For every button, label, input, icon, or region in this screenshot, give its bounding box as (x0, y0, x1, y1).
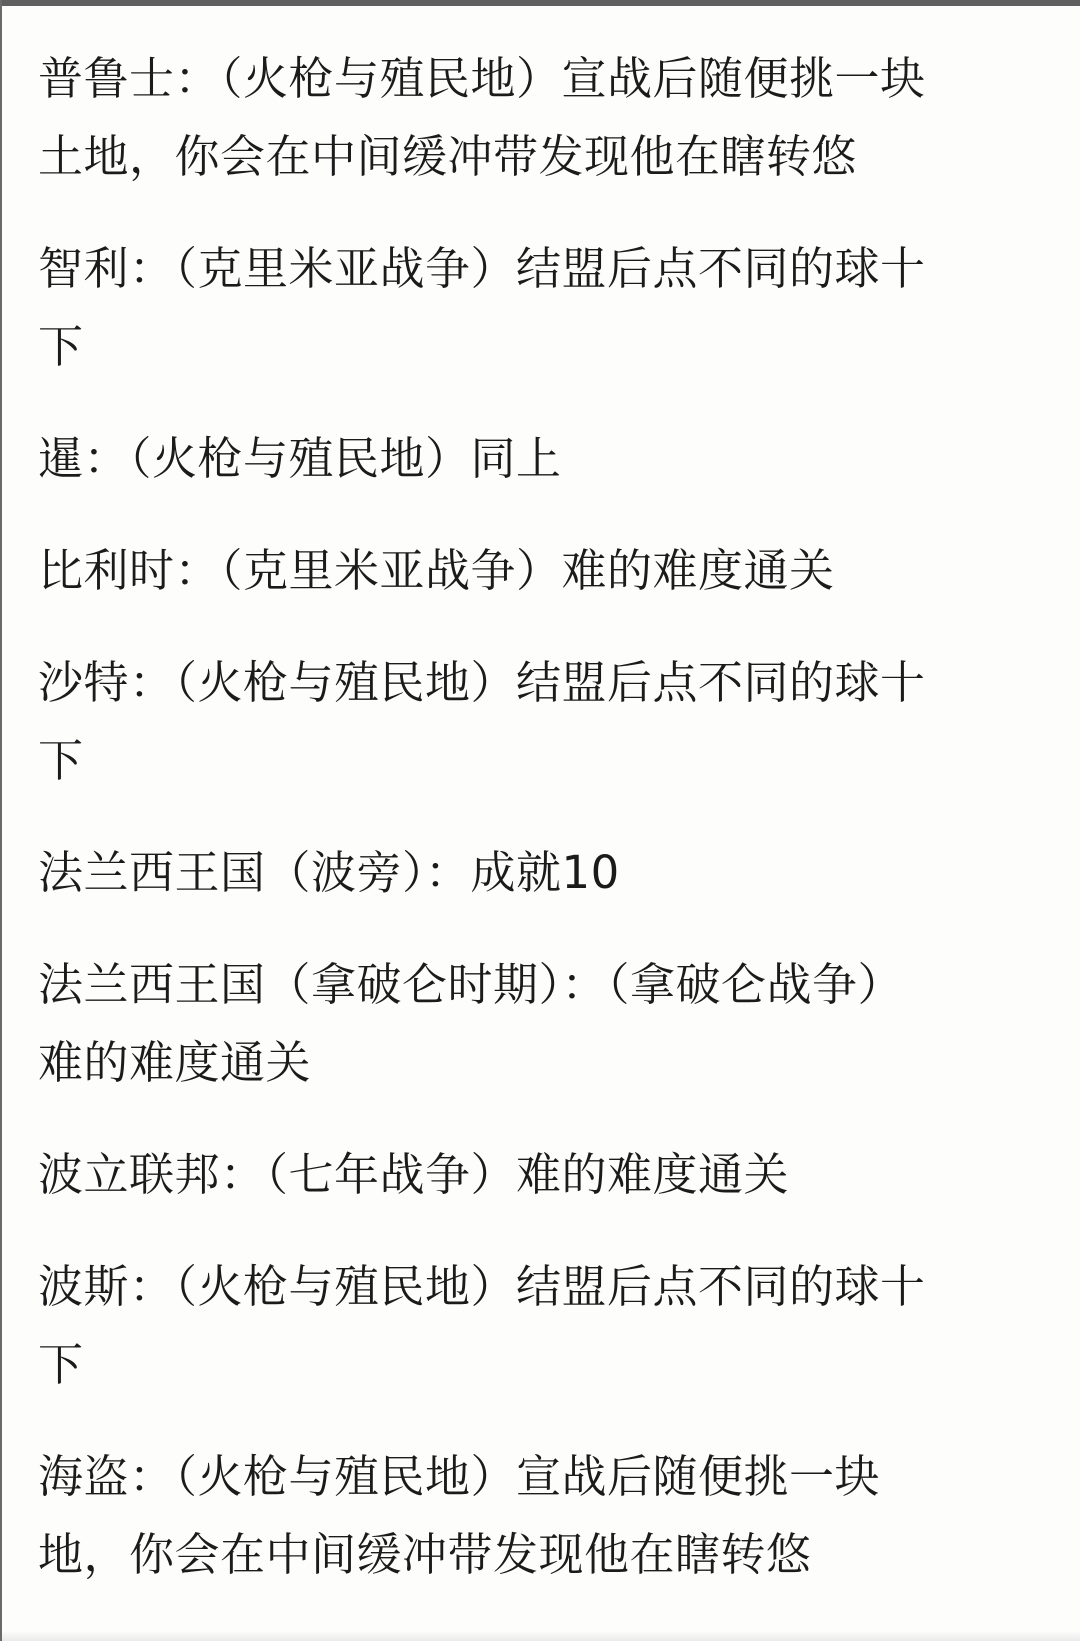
entry-pirates: 海盗：（火枪与殖民地）宣战后随便挑一块 地，你会在中间缓冲带发现他在瞎转悠 (38, 1438, 1048, 1594)
entry-line: 海盗：（火枪与殖民地）宣战后随便挑一块 (38, 1438, 1048, 1516)
entry-persia: 波斯：（火枪与殖民地）结盟后点不同的球十 下 (38, 1248, 1048, 1404)
entry-line: 普鲁士：（火枪与殖民地）宣战后随便挑一块 (38, 40, 1048, 118)
entry-siam: 暹：（火枪与殖民地）同上 (38, 420, 1048, 498)
entry-line: 土地，你会在中间缓冲带发现他在瞎转悠 (38, 118, 1048, 196)
bottom-edge-shadow (2, 1631, 1080, 1641)
entry-line: 地，你会在中间缓冲带发现他在瞎转悠 (38, 1516, 1048, 1594)
entry-line: 法兰西王国（拿破仑时期）：（拿破仑战争） (38, 946, 1048, 1024)
entry-line: 下 (38, 308, 1048, 386)
entry-belgium: 比利时：（克里米亚战争）难的难度通关 (38, 532, 1048, 610)
entry-line: 法兰西王国（波旁）：成就10 (38, 834, 1048, 912)
entry-france-napoleon: 法兰西王国（拿破仑时期）：（拿破仑战争） 难的难度通关 (38, 946, 1048, 1102)
entry-polish-lithuanian: 波立联邦：（七年战争）难的难度通关 (38, 1136, 1048, 1214)
entry-line: 暹：（火枪与殖民地）同上 (38, 420, 1048, 498)
entry-prussia: 普鲁士：（火枪与殖民地）宣战后随便挑一块 土地，你会在中间缓冲带发现他在瞎转悠 (38, 40, 1048, 196)
entry-line: 下 (38, 1326, 1048, 1404)
entry-line: 下 (38, 722, 1048, 800)
entry-line: 比利时：（克里米亚战争）难的难度通关 (38, 532, 1048, 610)
entry-france-bourbon: 法兰西王国（波旁）：成就10 (38, 834, 1048, 912)
top-edge-bar (2, 0, 1080, 6)
entry-line: 难的难度通关 (38, 1024, 1048, 1102)
entry-line: 智利：（克里米亚战争）结盟后点不同的球十 (38, 230, 1048, 308)
entry-line: 波斯：（火枪与殖民地）结盟后点不同的球十 (38, 1248, 1048, 1326)
entry-line: 波立联邦：（七年战争）难的难度通关 (38, 1136, 1048, 1214)
unlock-guide-text: 普鲁士：（火枪与殖民地）宣战后随便挑一块 土地，你会在中间缓冲带发现他在瞎转悠 … (38, 40, 1048, 1628)
entry-saudi: 沙特：（火枪与殖民地）结盟后点不同的球十 下 (38, 644, 1048, 800)
entry-chile: 智利：（克里米亚战争）结盟后点不同的球十 下 (38, 230, 1048, 386)
document-page: 普鲁士：（火枪与殖民地）宣战后随便挑一块 土地，你会在中间缓冲带发现他在瞎转悠 … (0, 0, 1080, 1641)
entry-line: 沙特：（火枪与殖民地）结盟后点不同的球十 (38, 644, 1048, 722)
